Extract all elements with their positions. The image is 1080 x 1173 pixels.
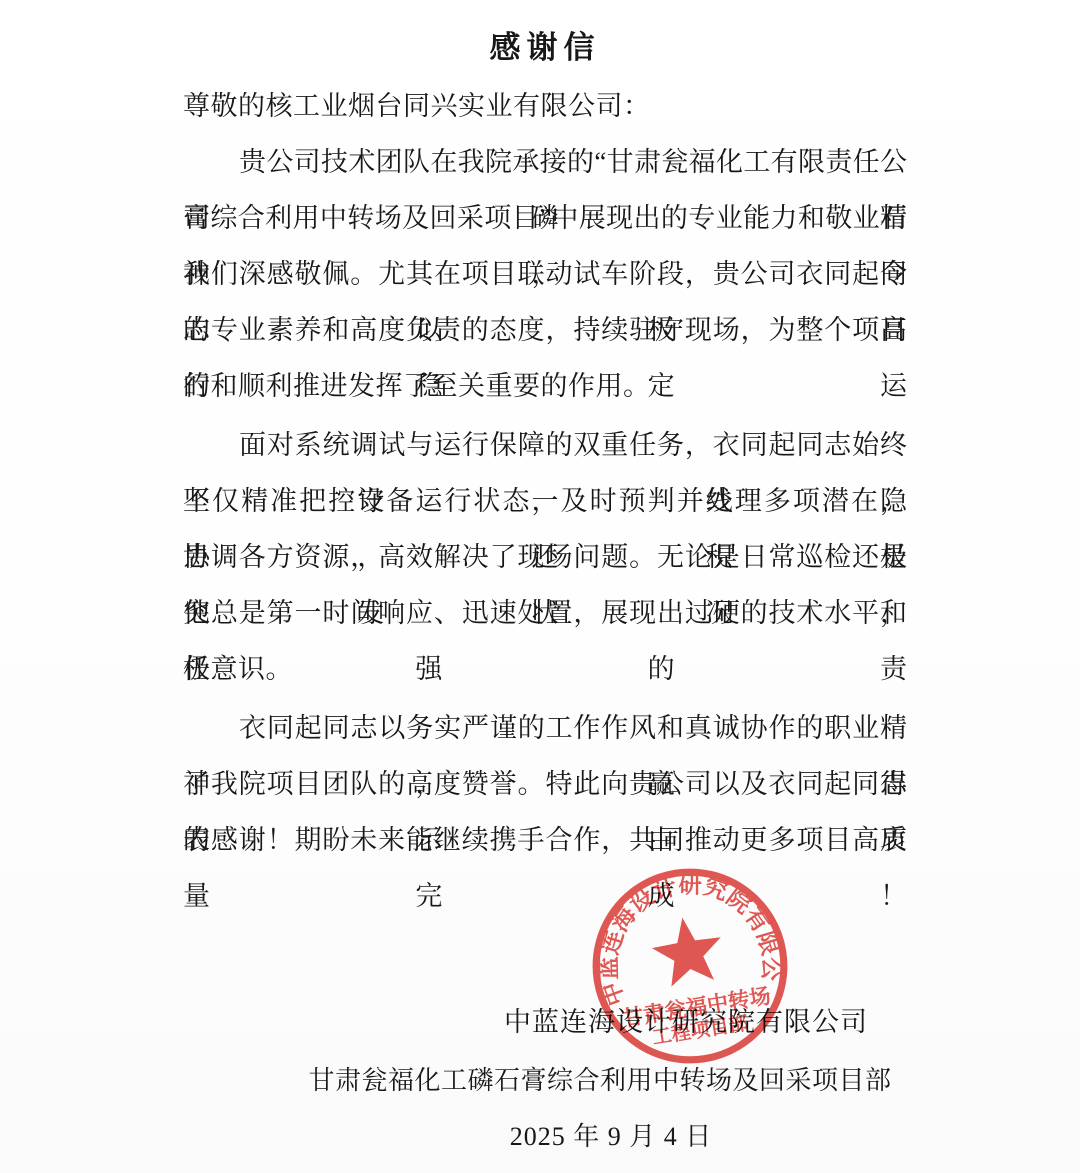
letter-line: 他总是第一时间响应、迅速处置，展现出过硬的技术水平和极强的责 [183,585,907,641]
letter-line: 衣同起同志以务实严谨的工作作风和真诚协作的职业精神，赢得 [183,700,907,756]
signature-date: 2025 年 9 月 4 日 [510,1116,713,1153]
paragraph: 贵公司技术团队在我院承接的“甘肃瓮福化工有限责任公司磷石 膏综合利用中转场及回采… [183,134,907,414]
letter-line: 贵公司技术团队在我院承接的“甘肃瓮福化工有限责任公司磷石 [183,134,907,190]
salutation: 尊敬的核工业烟台同兴实业有限公司： [183,78,907,134]
letter-body: 尊敬的核工业烟台同兴实业有限公司： 贵公司技术团队在我院承接的“甘肃瓮福化工有限… [183,78,907,868]
letter-line: 协调各方资源，高效解决了现场问题。无论是日常巡检还是突发状况， [183,529,907,585]
signature-department: 甘肃瓮福化工磷石膏综合利用中转场及回采项目部 [308,1060,891,1097]
letter-line: 膏综合利用中转场及回采项目”中展现出的专业能力和敬业精神，令 [183,190,907,246]
letter-line: 我们深感敬佩。尤其在项目联动试车阶段，贵公司衣同起同志以极高 [183,246,907,302]
letter-line: 了我院项目团队的高度赞誉。特此向贵公司以及衣同起同志表示由衷 [183,756,907,812]
letter-line: 不仅精准把控设备运行状态，及时预判并处理多项潜在隐患，还积极 [183,473,907,529]
paragraph: 面对系统调试与运行保障的双重任务，衣同起同志始终坚守一线， 不仅精准把控设备运行… [183,417,907,697]
signature-company: 中蓝连海设计研究院有限公司 [504,1000,868,1039]
letter-line: 面对系统调试与运行保障的双重任务，衣同起同志始终坚守一线， [183,417,907,473]
letter-title: 感谢信 [183,22,907,67]
letter-line: 的专业素养和高度负责的态度，持续驻守现场，为整个项目的稳定运 [183,302,907,358]
letter-page: 感谢信 尊敬的核工业烟台同兴实业有限公司： 贵公司技术团队在我院承接的“甘肃瓮福… [0,0,1080,1173]
letter-line: 的感谢！期盼未来能继续携手合作，共同推动更多项目高质量完成！ [183,812,907,868]
paragraph: 衣同起同志以务实严谨的工作作风和真诚协作的职业精神，赢得 了我院项目团队的高度赞… [183,700,907,868]
